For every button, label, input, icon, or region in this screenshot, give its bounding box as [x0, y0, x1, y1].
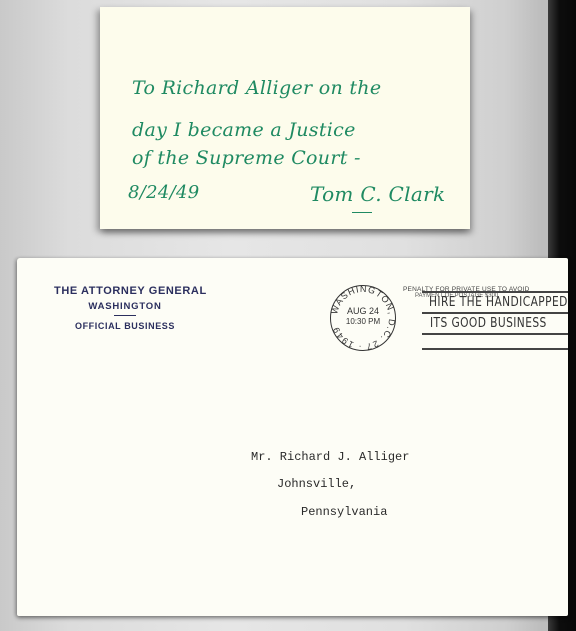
envelope: THE ATTORNEY GENERAL WASHINGTON OFFICIAL…	[17, 258, 568, 616]
return-address-city: WASHINGTON	[54, 301, 196, 312]
postmark-icon: WASHINGTON, D.C. 27 · 1949 AUG 24 10:30 …	[330, 285, 396, 351]
return-address-title: THE ATTORNEY GENERAL	[54, 285, 196, 297]
return-address-note: OFFICIAL BUSINESS	[54, 321, 196, 331]
return-address: THE ATTORNEY GENERAL WASHINGTON OFFICIAL…	[54, 285, 196, 331]
postmark-date: AUG 24	[331, 306, 395, 316]
inscription-line-2: day I became a Justice	[132, 119, 356, 141]
inscription-line-1: To Richard Alliger on the	[132, 77, 381, 99]
recipient-town: Johnsville,	[277, 477, 356, 491]
cancel-slogan-line-2: ITS GOOD BUSINESS	[430, 316, 547, 331]
cancel-line	[422, 333, 568, 335]
postmark-time: 10:30 PM	[331, 317, 395, 326]
inscription-date: 8/24/49	[128, 182, 200, 203]
signature-underline	[352, 212, 372, 213]
return-address-rule	[114, 315, 136, 316]
cancel-line	[422, 348, 568, 350]
cancel-slogan-line-1: HIRE THE HANDICAPPED	[429, 295, 568, 310]
recipient-name: Mr. Richard J. Alliger	[251, 450, 409, 464]
recipient-state: Pennsylvania	[301, 505, 387, 519]
cancel-line	[422, 291, 568, 293]
inscribed-card: To Richard Alliger on the day I became a…	[100, 7, 470, 229]
cancel-line	[422, 312, 568, 314]
signature: Tom C. Clark	[310, 182, 445, 206]
inscription-line-3: of the Supreme Court -	[132, 147, 361, 169]
